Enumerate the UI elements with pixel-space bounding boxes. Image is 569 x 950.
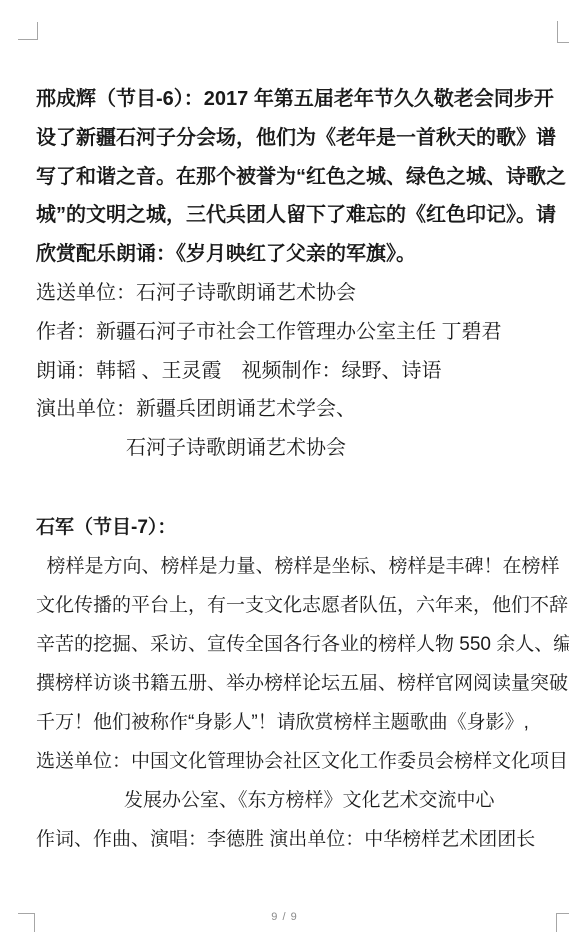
page-number: 9 / 9 <box>0 911 569 923</box>
text-line: 城”的文明之城，三代兵团人留下了难忘的《红色印记》。请 <box>36 196 569 235</box>
text-line: 演出单位：新疆兵团朗诵艺术学会、 <box>36 390 569 429</box>
text-line: 欣赏配乐朗诵：《岁月映红了父亲的军旗》。 <box>36 235 569 274</box>
text-line: 选送单位：石河子诗歌朗诵艺术协会 <box>36 274 569 313</box>
section-heading: 石军（节目-7）： <box>36 508 569 547</box>
crop-mark-top-left <box>18 22 38 40</box>
text-line: 作者：新疆石河子市社会工作管理办公室主任 丁碧君 <box>36 313 569 352</box>
text-line: 邢成辉（节目-6）：2017 年第五届老年节久久敬老会同步开 <box>36 80 569 119</box>
text-line: 选送单位：中国文化管理协会社区文化工作委员会榜样文化项目 <box>36 742 569 781</box>
program-7-section: 石军（节目-7）： 榜样是方向、榜样是力量、榜样是坐标、榜样是丰碑！在榜样 文化… <box>36 508 569 859</box>
text-line: 朗诵：韩韬 、王灵霞 视频制作：绿野、诗语 <box>36 352 569 391</box>
text-line: 榜样是方向、榜样是力量、榜样是坐标、榜样是丰碑！在榜样 <box>36 547 569 586</box>
text-line: 作词、作曲、演唱：李德胜 演出单位：中华榜样艺术团团长 <box>36 820 569 859</box>
text-line: 辛苦的挖掘、采访、宣传全国各行各业的榜样人物 550 余人、编 <box>36 625 569 664</box>
text-line: 千万！他们被称作“身影人”！请欣赏榜样主题歌曲《身影》, <box>36 703 569 742</box>
text-line: 文化传播的平台上，有一支文化志愿者队伍，六年来，他们不辞 <box>36 586 569 625</box>
text-line: 设了新疆石河子分会场，他们为《老年是一首秋天的歌》谱 <box>36 119 569 158</box>
text-line: 石河子诗歌朗诵艺术协会 <box>36 429 569 468</box>
text-line: 撰榜样访谈书籍五册、举办榜样论坛五届、榜样官网阅读量突破 <box>36 664 569 703</box>
program-6-section: 邢成辉（节目-6）：2017 年第五届老年节久久敬老会同步开 设了新疆石河子分会… <box>36 80 569 468</box>
text-line: 发展办公室、《东方榜样》文化艺术交流中心 <box>36 781 569 820</box>
text-line: 写了和谐之音。在那个被誉为“红色之城、绿色之城、诗歌之 <box>36 158 569 197</box>
crop-mark-top-right <box>557 21 569 43</box>
